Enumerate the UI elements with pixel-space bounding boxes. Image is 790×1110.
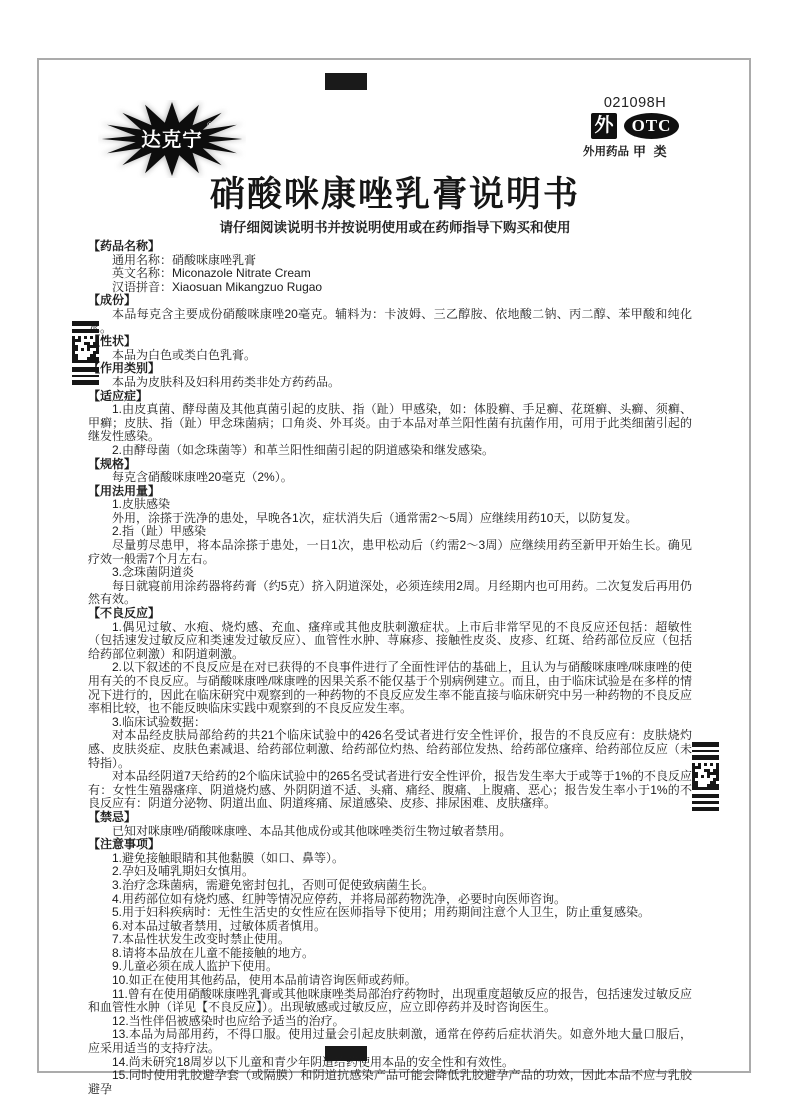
section-paragraph: 已知对咪康唑/硝酸咪康唑、本品其他成份或其他咪唑类衍生物过敏者禁用。 — [88, 825, 692, 839]
document-subtitle: 请仔细阅读说明书并按说明使用或在药师指导下购买和使用 — [0, 216, 790, 236]
section: 【不良反应】1.偶见过敏、水疱、烧灼感、充血、瘙痒或其他皮肤刺激症状。上市后非常… — [88, 607, 692, 811]
section-heading: 【注意事项】 — [88, 838, 692, 852]
section-paragraph: 11.曾有在使用硝酸咪康唑乳膏或其他咪康唑类局部治疗药物时，出现重度超敏反应的报… — [88, 988, 692, 1015]
external-use-mark: 外 — [591, 113, 617, 139]
section-paragraph: 每日就寝前用涂药器将药膏（约5克）挤入阴道深处，必须连续用2周。月经期内也可用药… — [88, 580, 692, 607]
color-bars-icon — [72, 367, 99, 385]
print-mark-left — [72, 321, 99, 388]
section-paragraph: 每克含硝酸咪康唑20毫克（2%）。 — [88, 471, 692, 485]
section-paragraph: 1.由皮真菌、酵母菌及其他真菌引起的皮肤、指（趾）甲感染，如：体股癣、手足癣、花… — [88, 403, 692, 444]
otc-class-label: 甲 类 — [633, 141, 669, 160]
section: 【药品名称】通用名称：硝酸咪康唑乳膏英文名称：Miconazole Nitrat… — [88, 240, 692, 294]
section-paragraph: 对本品经阴道7天给药的2个临床试验中的265名受试者进行安全性评价，报告发生率大… — [88, 770, 692, 811]
section-paragraph: 7.本品性状发生改变时禁止使用。 — [88, 933, 692, 947]
section-heading: 【用法用量】 — [88, 485, 692, 499]
section: 【适应症】1.由皮真菌、酵母菌及其他真菌引起的皮肤、指（趾）甲感染，如：体股癣、… — [88, 390, 692, 458]
section-heading: 【不良反应】 — [88, 607, 692, 621]
datamatrix-icon — [72, 336, 99, 363]
section-paragraph: 15.同时使用乳胶避孕套（或隔膜）和阴道抗感染产品可能会降低乳胶避孕产品的功效，… — [88, 1069, 692, 1096]
section-paragraph: 1.偶见过敏、水疱、烧灼感、充血、瘙痒或其他皮肤刺激症状。上市后非常罕见的不良反… — [88, 621, 692, 662]
section-heading: 【作用类别】 — [88, 362, 692, 376]
section-paragraph: 对本品经皮肤局部给药的共21个临床试验中的426名受试者进行安全性评价，报告的不… — [88, 729, 692, 770]
datamatrix-icon — [692, 763, 719, 790]
document-title: 硝酸咪康唑乳膏说明书 — [0, 167, 790, 217]
section-heading: 【药品名称】 — [88, 240, 692, 254]
section-paragraph: 5.用于妇科疾病时：无性生活史的女性应在医师指导下使用；用药期间注意个人卫生，防… — [88, 906, 692, 920]
approval-code: 021098H — [598, 95, 672, 111]
external-use-label: 外用药品 — [583, 143, 629, 159]
section: 【规格】每克含硝酸咪康唑20毫克（2%）。 — [88, 458, 692, 485]
print-mark-right — [692, 742, 719, 814]
section-heading: 【性状】 — [88, 335, 692, 349]
section-heading: 【成份】 — [88, 294, 692, 308]
section-heading: 【禁忌】 — [88, 811, 692, 825]
section-paragraph: 本品为皮肤科及妇科用药类非处方药药品。 — [88, 376, 692, 390]
section: 【性状】本品为白色或类白色乳膏。 — [88, 335, 692, 362]
registered-trademark-icon: ® — [207, 120, 213, 129]
section-paragraph: 2.以下叙述的不良反应是在对已获得的不良事件进行了全面性评估的基础上，且认为与硝… — [88, 661, 692, 715]
section: 【用法用量】1.皮肤感染外用，涂搽于洗净的患处，早晚各1次，症状消失后（通常需2… — [88, 485, 692, 607]
section-paragraph: 3.治疗念珠菌病，需避免密封包扎，否则可促使致病菌生长。 — [88, 879, 692, 893]
section: 【注意事项】1.避免接触眼睛和其他黏膜（如口、鼻等）。2.孕妇及哺乳期妇女慎用。… — [88, 838, 692, 1096]
color-bars-icon — [72, 321, 99, 333]
leaflet-page: 达克宁 ® 021098H 外 OTC 外用药品 甲 类 硝酸咪康唑乳膏说明书 … — [0, 0, 790, 1110]
section-paragraph: 本品为白色或类白色乳膏。 — [88, 349, 692, 363]
section-paragraph: 3.念珠菌阴道炎 — [88, 566, 692, 580]
section-paragraph: 汉语拼音：Xiaosuan Mikangzuo Rugao — [88, 281, 692, 295]
section-paragraph: 1.皮肤感染 — [88, 498, 692, 512]
section-paragraph: 2.由酵母菌（如念珠菌等）和革兰阳性细菌引起的阴道感染和继发感染。 — [88, 444, 692, 458]
section-paragraph: 10.如正在使用其他药品，使用本品前请咨询医师或药师。 — [88, 974, 692, 988]
section-paragraph: 13.本品为局部用药，不得口服。使用过量会引起皮肤刺激，通常在停药后症状消失。如… — [88, 1028, 692, 1055]
section-paragraph: 通用名称：硝酸咪康唑乳膏 — [88, 254, 692, 268]
section: 【成份】本品每克含主要成份硝酸咪康唑20毫克。辅料为：卡波姆、三乙醇胺、依地酸二… — [88, 294, 692, 335]
section-paragraph: 英文名称：Miconazole Nitrate Cream — [88, 267, 692, 281]
brand-name: 达克宁 — [141, 128, 202, 151]
color-bars-icon — [692, 794, 719, 812]
leaflet-body: 【药品名称】通用名称：硝酸咪康唑乳膏英文名称：Miconazole Nitrat… — [88, 240, 692, 1096]
section-paragraph: 尽量剪尽患甲，将本品涂搽于患处，一日1次，患甲松动后（约需2～3周）应继续用药至… — [88, 539, 692, 566]
section: 【禁忌】已知对咪康唑/硝酸咪康唑、本品其他成份或其他咪唑类衍生物过敏者禁用。 — [88, 811, 692, 838]
otc-mark: OTC — [624, 113, 679, 139]
color-bars-icon — [692, 742, 719, 760]
registration-mark-top-icon — [325, 73, 367, 90]
section-paragraph: 2.孕妇及哺乳期妇女慎用。 — [88, 865, 692, 879]
section-paragraph: 本品每克含主要成份硝酸咪康唑20毫克。辅料为：卡波姆、三乙醇胺、依地酸二钠、丙二… — [88, 308, 692, 335]
section: 【作用类别】本品为皮肤科及妇科用药类非处方药药品。 — [88, 362, 692, 389]
